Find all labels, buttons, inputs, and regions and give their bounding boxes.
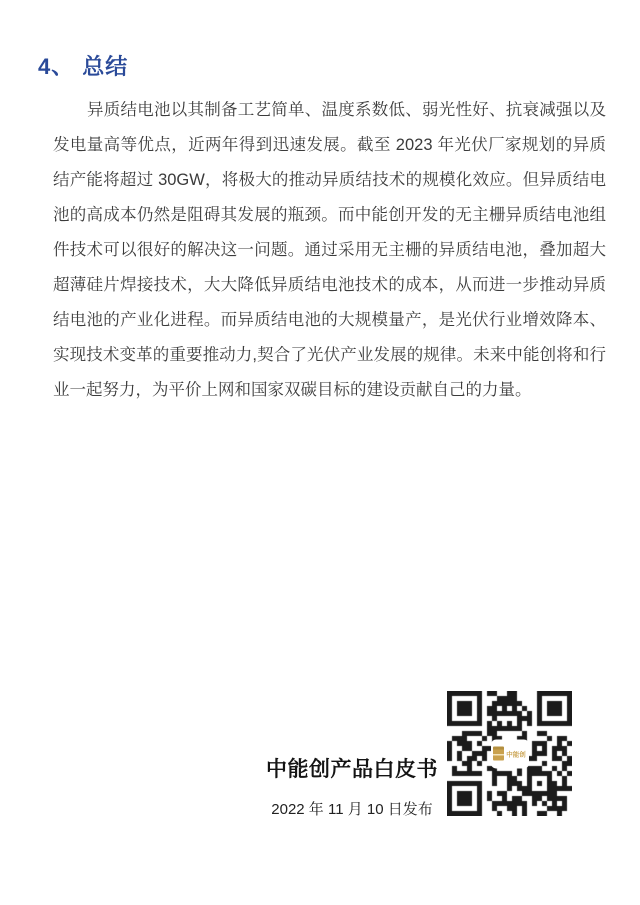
section-heading: 4、总结 [38,50,128,81]
section-title: 总结 [82,54,128,79]
document-page: 4、总结 异质结电池以其制备工艺简单、温度系数低、弱光性好、抗衰减强以及发电量高… [0,0,640,905]
section-number: 4、 [38,54,74,79]
whitepaper-title: 中能创产品白皮书 [252,753,452,783]
footer-text-block: 中能创产品白皮书 2022 年 11 月 10 日发布 [252,753,452,819]
qr-code: 中能创 [447,691,572,816]
publish-date: 2022 年 11 月 10 日发布 [252,798,452,819]
company-logo-icon [493,747,504,761]
qr-logo-text: 中能创 [506,749,526,758]
qr-center-logo: 中能创 [491,739,529,768]
summary-paragraph: 异质结电池以其制备工艺简单、温度系数低、弱光性好、抗衰减强以及发电量高等优点，近… [53,93,606,408]
